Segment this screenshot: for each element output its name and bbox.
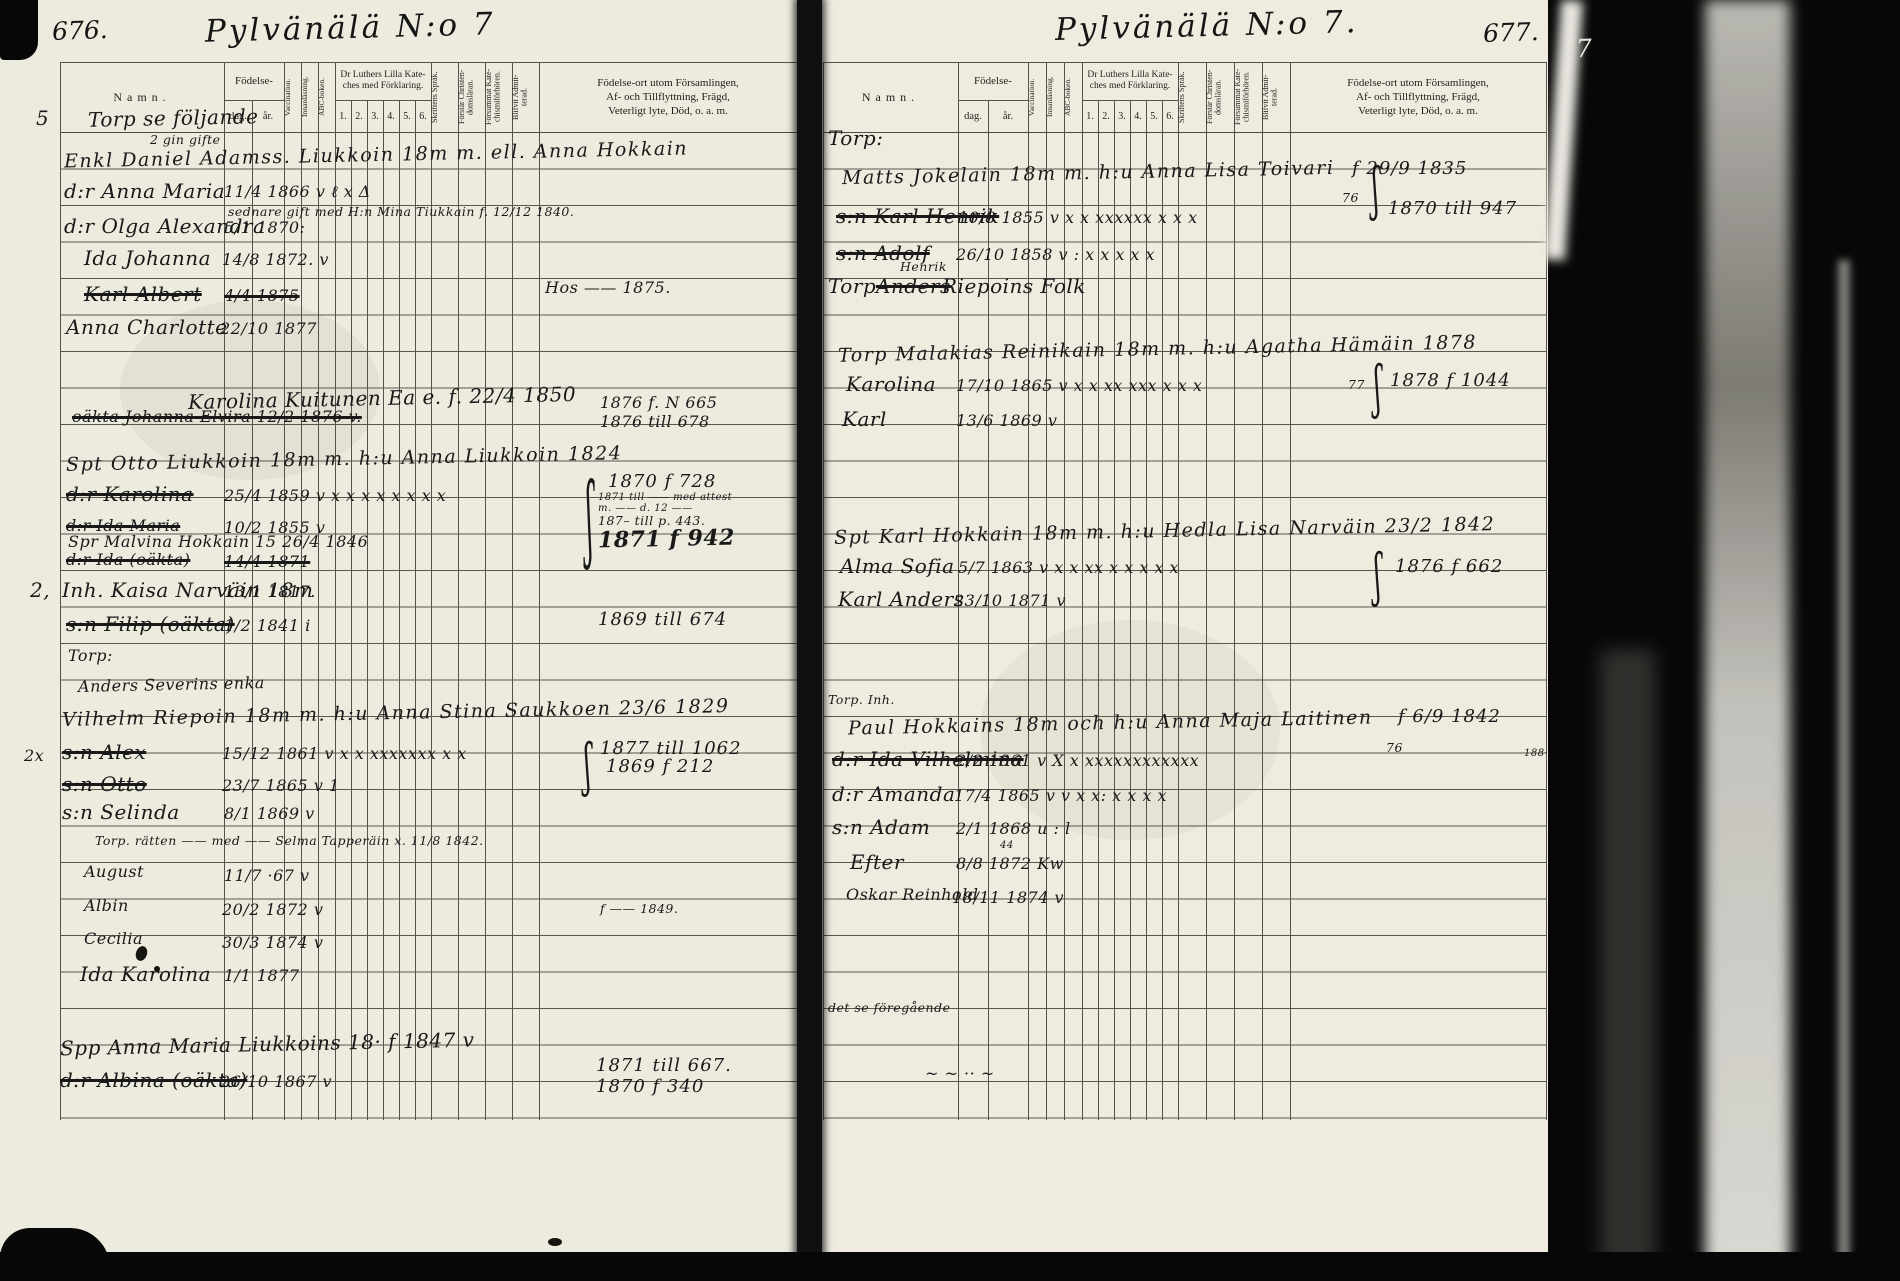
margin-note: f 6/9 1842 (1398, 706, 1501, 727)
katekes-col-6: 6. (415, 100, 431, 132)
grid-line-v (1130, 132, 1131, 1120)
column-header-forstar-christendomslaran: Förstår Christen- domsläran. (458, 63, 485, 131)
handwritten-date-marks: 30/3 1874 v (222, 933, 323, 952)
scan-bottom-band (0, 1252, 1900, 1281)
column-header-fodelseort: Födelse-ort utom Församlingen, Af- och T… (539, 62, 797, 132)
column-header-forsummat-katechismiforhoren: Försummat Kate- chismiförhören. (485, 63, 512, 131)
stray-digit: 7 (1575, 34, 1592, 64)
katekes-col-4: 4. (1130, 100, 1146, 132)
grid-line-v (1178, 132, 1179, 1120)
handwritten-entry-struck: Anders (876, 274, 951, 298)
column-header-innanlasning: Innanläsning. (1046, 63, 1064, 131)
column-header-fodelseort: Födelse-ort utom Församlingen, Af- och T… (1290, 62, 1546, 132)
handwritten-entry: Torp (828, 274, 876, 298)
grid-line-v (318, 132, 319, 1120)
brace-mark: ʃ (584, 734, 591, 800)
handwritten-note: 77 (1348, 377, 1365, 392)
handwritten-note: 188· (1524, 748, 1548, 759)
handwritten-date-marks: 11/7 ·67 v (224, 866, 310, 885)
handwritten-entry-struck: s:n Otto (62, 772, 147, 796)
grid-line-v (367, 132, 368, 1120)
page-number-right: 677. (1483, 17, 1540, 48)
handwritten-entry-struck: d:r Ida (oäkta) (66, 550, 190, 569)
grid-line-v (1234, 132, 1235, 1120)
handwritten-date-marks: 8/8 1872 Kw (956, 854, 1064, 873)
handwritten-date-marks: 1/1 1877 (224, 966, 300, 985)
scan-light-streak (1705, 0, 1790, 1281)
margin-note: 1871 till 667. (596, 1055, 732, 1076)
katekes-col-1: 1. (335, 100, 351, 132)
handwritten-entry: August (84, 862, 144, 881)
margin-note: 1876 f. N 665 (600, 393, 717, 412)
grid-line-v (415, 132, 416, 1120)
handwritten-date-marks: 23/10 1871 v (954, 591, 1066, 610)
katekes-col-1: 1. (1082, 100, 1098, 132)
ink-scribble: ~ ~ ·· ~ (925, 1064, 995, 1083)
grid-line-v (1546, 132, 1547, 1120)
katekes-col-5: 5. (1146, 100, 1162, 132)
handwritten-note: Torp. rätten —— med —— Selma Tapperäin x… (95, 833, 484, 848)
handwritten-note: 76 (1342, 190, 1359, 205)
grid-line-v (1206, 132, 1207, 1120)
handwritten-entry-struck: s:n Alex (62, 740, 146, 764)
grid-line-v (399, 132, 400, 1120)
handwritten-entry: Anna Charlotte (66, 315, 228, 339)
grid-line-v (351, 132, 352, 1120)
handwritten-note: 2 gin gifte (150, 132, 221, 147)
handwritten-entry: Cecilia (84, 929, 143, 948)
handwritten-note: Henrik (900, 259, 947, 274)
margin-note: f —— 1849. (600, 901, 678, 916)
handwritten-date-marks: 23/7 1865 v 1 (222, 776, 340, 795)
column-header-abc-boken: ABC-boken. (1064, 63, 1082, 131)
handwritten-date-marks: 13/1 1817. (224, 582, 316, 601)
column-header-ar: år. (988, 100, 1028, 132)
page-number-left: 676. (52, 15, 109, 46)
column-header-forstar-christendomslaran: Förstår Christen- domsläran. (1206, 63, 1234, 131)
handwritten-entry: Karl (842, 407, 887, 431)
brace-mark: ʃ (586, 466, 593, 574)
handwritten-date-marks: 13/6 1869 v (956, 411, 1057, 430)
handwritten-entry-struck: Karl Albert (84, 282, 202, 306)
page-title-left: Pylvänälä N:o 7 (205, 6, 497, 50)
handwritten-date-struck: 14/4 1871 (224, 552, 310, 571)
handwritten-date-marks: 26/10 1867 v (220, 1072, 332, 1091)
margin-note: 1871 till —— med attest (598, 492, 732, 503)
handwritten-entry: Karl Anders (838, 587, 964, 611)
handwritten-entry-struck: d:r Karolina (66, 482, 194, 506)
handwritten-entry: Karolina (846, 372, 936, 396)
grid-line-v (1262, 132, 1263, 1120)
handwritten-date-marks: 1/2 1841 i (224, 616, 311, 635)
handwritten-entry: Ida Karolina (80, 962, 211, 986)
handwritten-entry: d:r Amanda (832, 782, 955, 806)
handwritten-entry: Spr Malvina Hokkain 15 26/4 1846 (68, 532, 368, 551)
column-header-katekes: Dr Luthers Lilla Kate- ches med Förklari… (1082, 64, 1178, 98)
brace-mark: ʃ (1374, 356, 1381, 422)
grid-line-v (1546, 62, 1547, 132)
grid-line-v (1098, 132, 1099, 1120)
ink-speck (154, 966, 160, 972)
handwritten-date-marks: 14/8 1872. v (222, 250, 329, 269)
margin-note: 1876 f 662 (1395, 556, 1503, 577)
handwritten-note: Torp. Inh. (828, 692, 895, 707)
margin-note: 1869 till 674 (598, 609, 727, 630)
handwritten-note: 76 (1386, 740, 1403, 755)
grid-line-v (60, 132, 61, 1120)
handwritten-date-marks: 26/10 1858 v : x x x x x (956, 245, 1155, 264)
grid-line-v (539, 132, 540, 1120)
ink-speck (548, 1238, 562, 1246)
margin-note: f 29/9 1835 (1352, 158, 1467, 179)
handwritten-date-marks: 2/2 1861 v X x xxxxxxxxxxxx (956, 751, 1199, 770)
handwritten-date-marks: 10/8 1855 v x x xxxxxx x x x (958, 208, 1198, 227)
handwritten-note: sednare gift med H:n Mina Tiukkain f. 12… (228, 204, 574, 219)
handwritten-entry-struck: oäkta Johanna Elvira 12/2 1876 v. (72, 407, 362, 426)
grid-line-v (512, 132, 513, 1120)
column-header-abc-boken: ABC-boken. (318, 63, 335, 131)
handwritten-date-marks: 2/1 1868 u : l (956, 819, 1071, 838)
handwritten-entry: Alma Sofia (840, 554, 955, 578)
margin-note: 1870 till 947 (1388, 198, 1517, 219)
scan-gray-streak (1600, 650, 1655, 1281)
handwritten-entry: Efter (850, 850, 904, 874)
handwritten-date-marks: 15/12 1861 v x x xxxxxxx x x (222, 744, 467, 763)
handwritten-entry: Torp: (828, 126, 883, 150)
handwritten-entry: d:r Anna Maria (64, 179, 225, 203)
grid-line-v (1146, 132, 1147, 1120)
scanned-register-spread: Namn. Födelse- dag. år. Vaccination. Inn… (0, 0, 1900, 1281)
handwritten-entry: Torp: (68, 646, 113, 665)
handwritten-entry: s:n Selinda (62, 800, 180, 824)
column-header-blifvit-admitterad: Blifvit Admit- terad. (1262, 63, 1290, 131)
katekes-col-2: 2. (351, 100, 367, 132)
column-header-dag: dag. (958, 100, 988, 132)
scan-light-streak (1838, 260, 1850, 1281)
column-header-vaccination: Vaccination. (284, 63, 301, 131)
column-header-fodelse: Födelse- (958, 66, 1028, 96)
handwritten-date-marks: 18/11 1874 v (952, 888, 1064, 907)
handwritten-date-marks: 17/10 1865 v x x xx xxx x x x (956, 376, 1202, 395)
column-header-skriftens-sprak: Skriftens Språk. (1178, 63, 1206, 131)
column-header-skriftens-sprak: Skriftens Språk. (431, 63, 458, 131)
grid-line-v (383, 132, 384, 1120)
handwritten-date-marks: 8/1 1869 v (224, 804, 315, 823)
column-header-fodelse: Födelse- (224, 66, 284, 96)
column-header-vaccination: Vaccination. (1028, 63, 1046, 131)
margin-note: 1871 f 942 (598, 525, 735, 554)
margin-number: 2, (30, 578, 50, 602)
margin-note: 1876 till 678 (600, 412, 710, 431)
margin-note: 1869 f 212 (606, 756, 714, 777)
handwritten-entry-struck: s:n Filip (oäkta) (66, 612, 235, 636)
margin-number: 5 (36, 106, 49, 130)
grid-line-v (431, 132, 432, 1120)
grid-line-v (335, 132, 336, 1120)
grid-line-v (1114, 132, 1115, 1120)
grid-line-v (458, 132, 459, 1120)
column-header-innanlasning: Innanläsning. (301, 63, 318, 131)
column-header-katekes: Dr Luthers Lilla Kate- ches med Förklari… (335, 64, 431, 98)
scan-corner-blob (0, 1228, 110, 1281)
margin-scribble: 2x (24, 746, 44, 765)
katekes-col-3: 3. (1114, 100, 1130, 132)
katekes-col-6: 6. (1162, 100, 1178, 132)
margin-note: 1870 f 728 (608, 471, 716, 492)
grid-line-v (1162, 132, 1163, 1120)
handwritten-note: det se föregående (828, 1000, 951, 1015)
handwritten-date-marks: 22/10 1877 (220, 319, 317, 338)
column-header-namn: Namn. (823, 62, 958, 132)
handwritten-date-marks: 5/1 1870: (224, 218, 305, 237)
grid-line-v (1290, 132, 1291, 1120)
brace-mark: ʃ (1374, 544, 1381, 610)
margin-note: Hos —— 1875. (545, 278, 671, 297)
katekes-col-2: 2. (1098, 100, 1114, 132)
katekes-col-4: 4. (383, 100, 399, 132)
margin-note: 1878 f 1044 (1390, 370, 1511, 391)
handwritten-entry: Anders Severins enka (78, 673, 265, 696)
handwritten-date-marks: 11/4 1866 v ℓ x Δ (224, 182, 371, 202)
brace-mark: ʃ (1372, 158, 1379, 224)
book-gutter-shadow (797, 0, 822, 1281)
margin-note: 1870 f 340 (596, 1076, 704, 1097)
handwritten-date-marks: 20/2 1872 v (222, 900, 323, 919)
handwritten-note: 44 (1000, 840, 1014, 851)
handwritten-date-marks: 5/7 1863 v x x xx x x x x x (958, 558, 1179, 577)
grid-line-v (823, 132, 824, 1120)
handwritten-date-marks: 17/4 1865 v v x x: x x x x (954, 786, 1167, 805)
handwritten-entry: Torp se följande (88, 104, 259, 132)
grid-line-v (485, 132, 486, 1120)
column-header-forsummat-katechismiforhoren: Försummat Kate- chismiförhören. (1234, 63, 1262, 131)
handwritten-entry: Ida Johanna (84, 246, 211, 270)
handwritten-entry: s:n Adam (832, 815, 930, 839)
column-header-blifvit-admitterad: Blifvit Admit- terad. (512, 63, 539, 131)
katekes-col-5: 5. (399, 100, 415, 132)
scan-corner-blob (0, 0, 38, 60)
katekes-col-3: 3. (367, 100, 383, 132)
handwritten-entry: Albin (84, 896, 129, 915)
handwritten-entry: Riepoins Folk (942, 274, 1086, 298)
handwritten-date-marks: 25/4 1859 v x x x x x x x x (224, 486, 446, 505)
handwritten-date-struck: 4/4 1875 (224, 286, 300, 305)
